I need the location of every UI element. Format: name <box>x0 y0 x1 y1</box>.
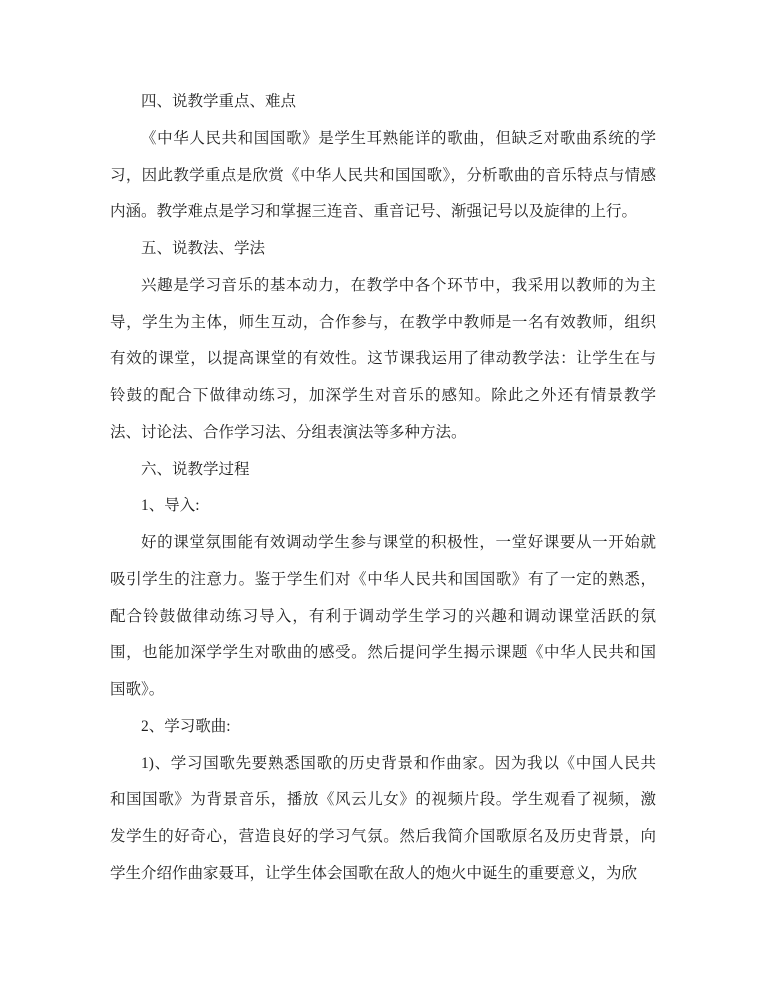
text-line: 2、学习歌曲: <box>110 709 656 746</box>
text-line: 内涵。教学难点是学习和掌握三连音、重音记号、渐强记号以及旋律的上行。 <box>110 194 656 231</box>
text-line: 吸引学生的注意力。鉴于学生们对《中华人民共和国国歌》有了一定的熟悉， <box>110 562 656 599</box>
text-line: 学生介绍作曲家聂耳，让学生体会国歌在敌人的炮火中诞生的重要意义，为欣 <box>110 856 656 893</box>
text-line: 法、讨论法、合作学习法、分组表演法等多种方法。 <box>110 415 656 452</box>
text-line: 铃鼓的配合下做律动练习，加深学生对音乐的感知。除此之外还有情景教学 <box>110 378 656 415</box>
text-line: 五、说教法、学法 <box>110 231 656 268</box>
text-line: 1、导入: <box>110 488 656 525</box>
text-line: 有效的课堂，以提高课堂的有效性。这节课我运用了律动教学法：让学生在与 <box>110 341 656 378</box>
text-line: 和国国歌》为背景音乐，播放《风云儿女》的视频片段。学生观看了视频，激 <box>110 782 656 819</box>
section-heading: 四、说教学重点、难点 <box>110 84 656 121</box>
paragraph: 好的课堂氛围能有效调动学生参与课堂的积极性，一堂好课要从一开始就吸引学生的注意力… <box>110 525 656 709</box>
section-heading: 六、说教学过程 <box>110 452 656 489</box>
paragraph: 1)、学习国歌先要熟悉国歌的历史背景和作曲家。因为我以《中国人民共和国国歌》为背… <box>110 746 656 893</box>
document-content: 四、说教学重点、难点《中华人民共和国国歌》是学生耳熟能详的歌曲，但缺乏对歌曲系统… <box>110 84 656 893</box>
text-line: 1)、学习国歌先要熟悉国歌的历史背景和作曲家。因为我以《中国人民共 <box>110 746 656 783</box>
text-line: 发学生的好奇心，营造良好的学习气氛。然后我简介国歌原名及历史背景，向 <box>110 819 656 856</box>
text-line: 好的课堂氛围能有效调动学生参与课堂的积极性，一堂好课要从一开始就 <box>110 525 656 562</box>
text-line: 四、说教学重点、难点 <box>110 84 656 121</box>
document-page: 四、说教学重点、难点《中华人民共和国国歌》是学生耳熟能详的歌曲，但缺乏对歌曲系统… <box>0 0 770 1000</box>
section-heading: 五、说教法、学法 <box>110 231 656 268</box>
text-line: 配合铃鼓做律动练习导入，有利于调动学生学习的兴趣和调动课堂活跃的氛 <box>110 599 656 636</box>
text-line: 国歌》。 <box>110 672 656 709</box>
text-line: 习，因此教学重点是欣赏《中华人民共和国国歌》，分析歌曲的音乐特点与情感 <box>110 158 656 195</box>
text-line: 导，学生为主体，师生互动，合作参与，在教学中教师是一名有效教师，组织 <box>110 305 656 342</box>
paragraph: 《中华人民共和国国歌》是学生耳熟能详的歌曲，但缺乏对歌曲系统的学习，因此教学重点… <box>110 121 656 231</box>
text-line: 兴趣是学习音乐的基本动力，在教学中各个环节中，我采用以教师的为主 <box>110 268 656 305</box>
text-line: 六、说教学过程 <box>110 452 656 489</box>
section-subheading: 2、学习歌曲: <box>110 709 656 746</box>
paragraph: 兴趣是学习音乐的基本动力，在教学中各个环节中，我采用以教师的为主导，学生为主体，… <box>110 268 656 452</box>
text-line: 围，也能加深学学生对歌曲的感受。然后提问学生揭示课题《中华人民共和国 <box>110 635 656 672</box>
section-subheading: 1、导入: <box>110 488 656 525</box>
text-line: 《中华人民共和国国歌》是学生耳熟能详的歌曲，但缺乏对歌曲系统的学 <box>110 121 656 158</box>
